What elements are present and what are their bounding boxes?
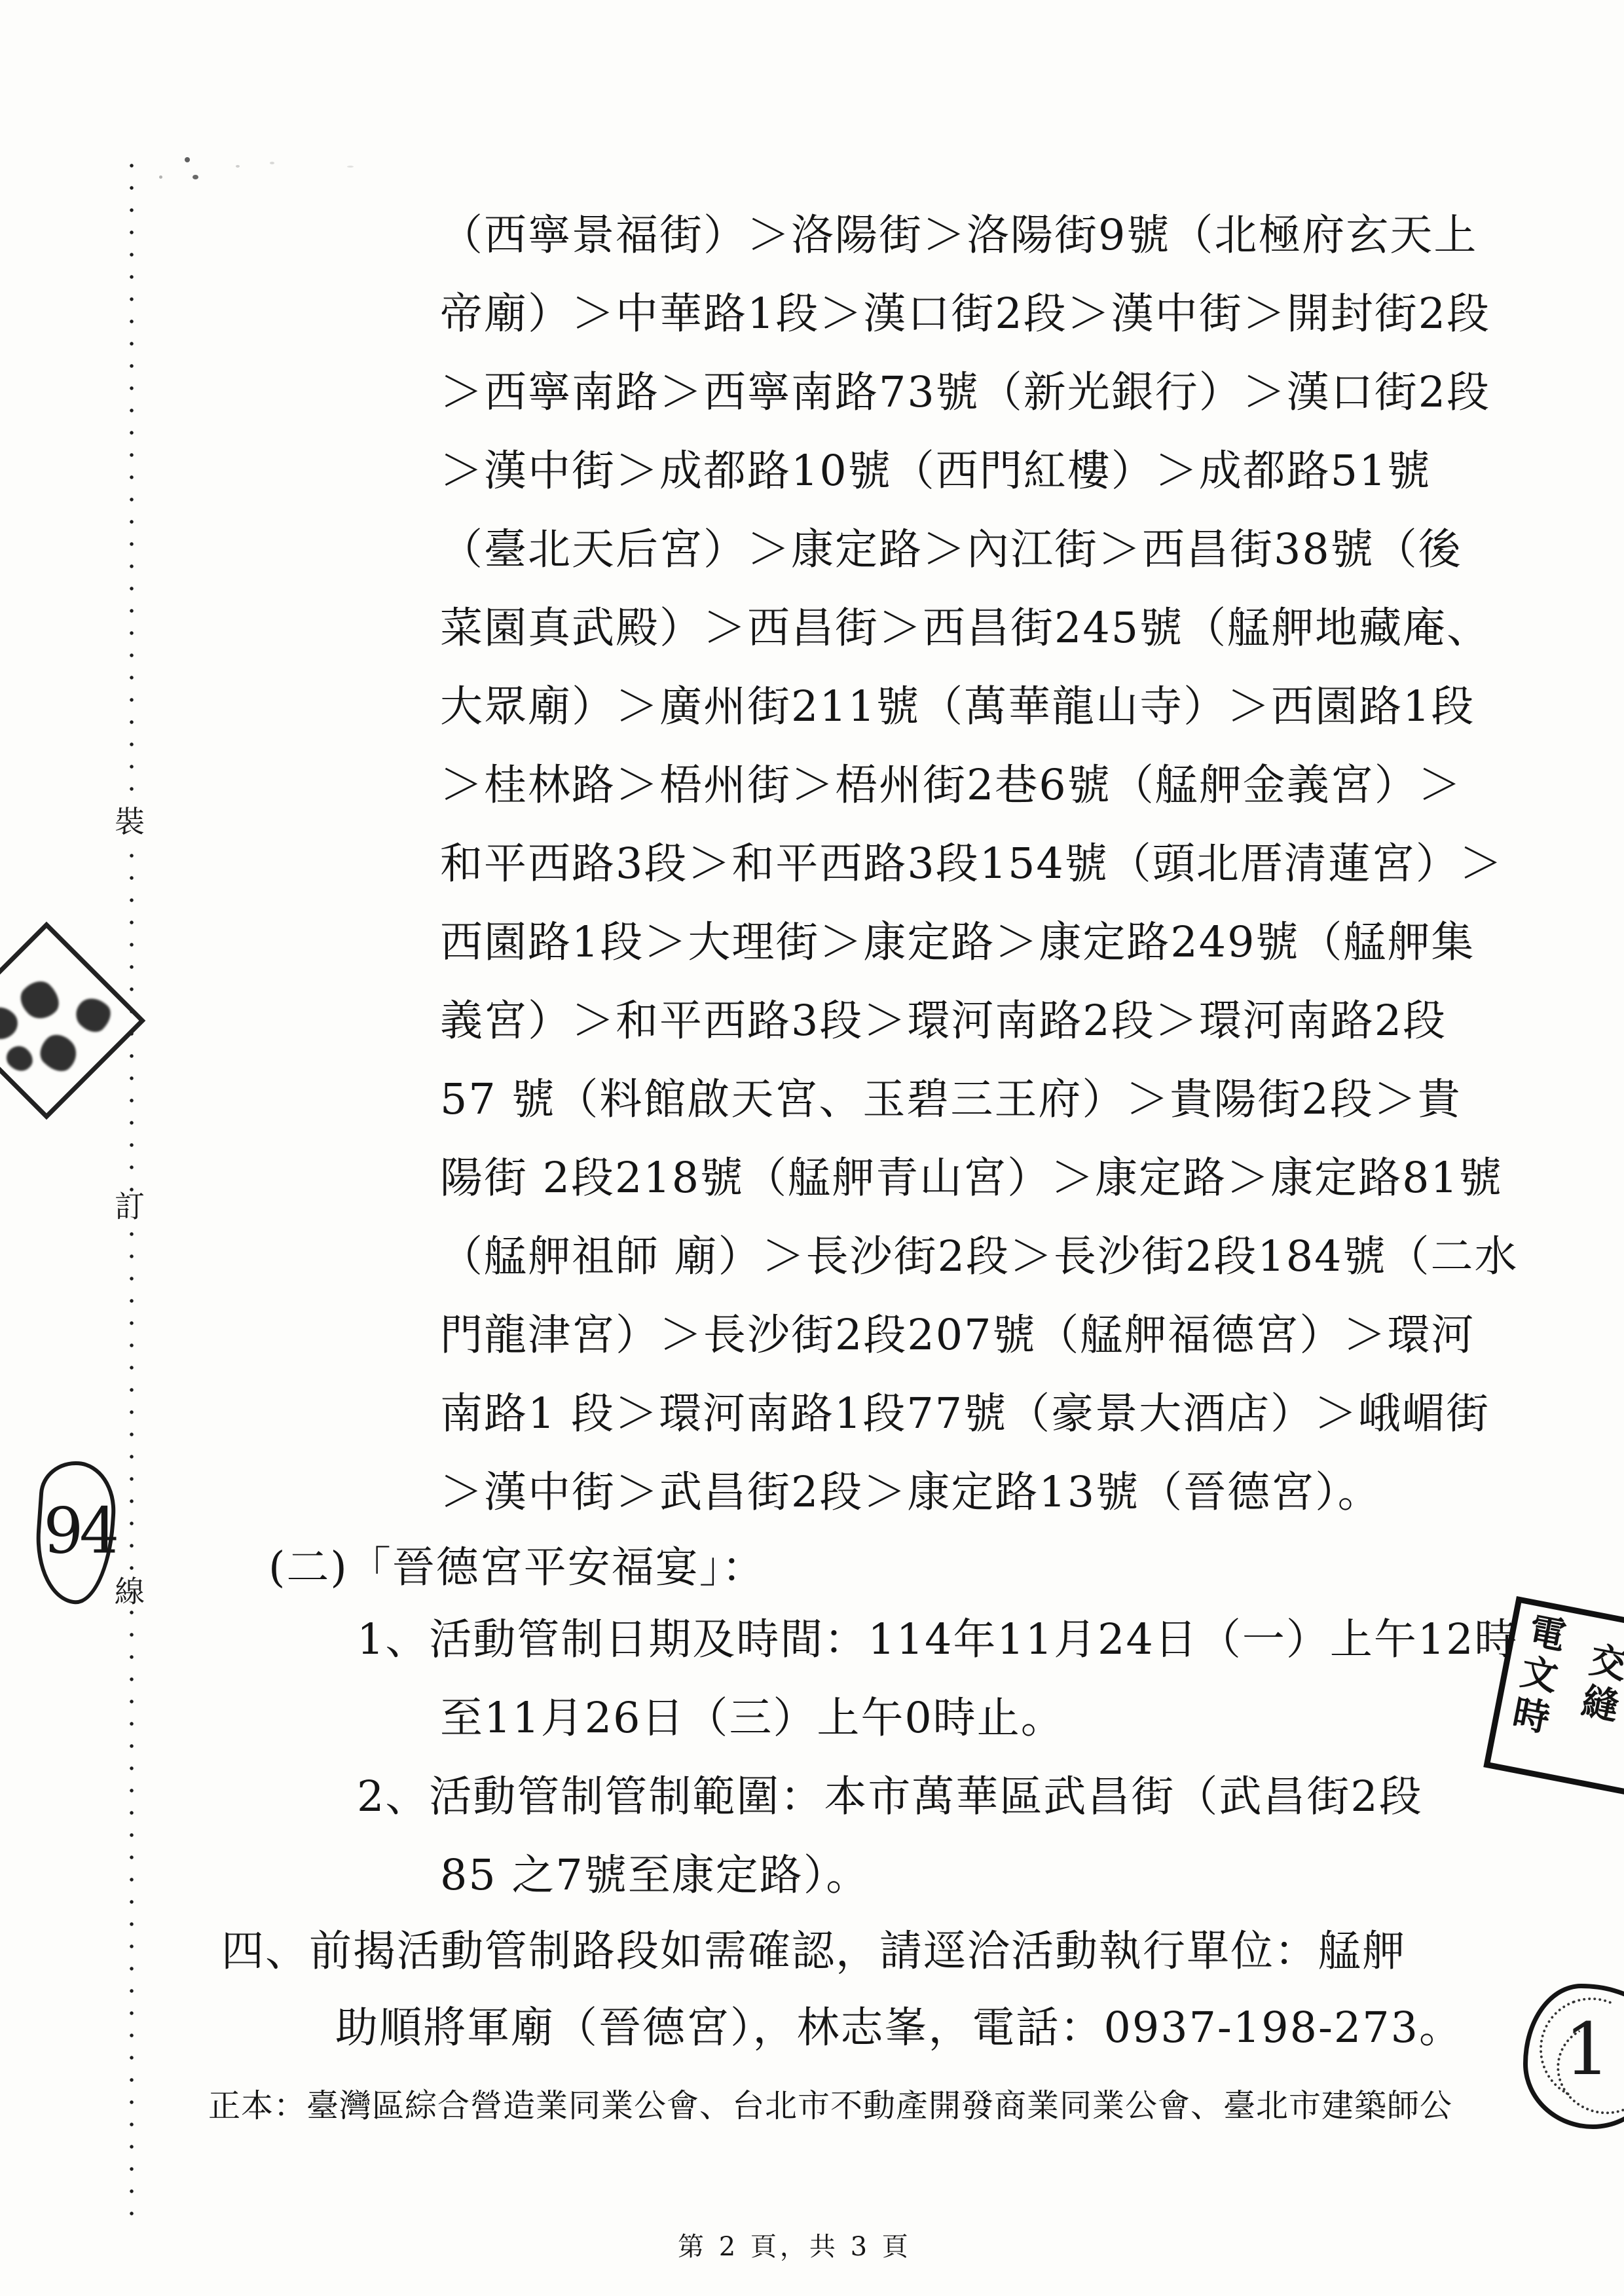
stamp-glyph-blob [33, 1028, 83, 1078]
binding-label-zhuang: 裝 [110, 807, 149, 837]
section-2-heading: (二)「晉德宮平安福宴」： [268, 1546, 766, 1589]
route-line: （西寧景福街）＞洛陽街＞洛陽街9號（北極府玄天上 [440, 214, 1477, 257]
route-line: ＞漢中街＞成都路10號（西門紅樓）＞成都路51號 [440, 450, 1431, 492]
section-4-line-2: 助順將軍廟（晉德宮），林志峯，電話：0937-198-273。 [335, 2007, 1463, 2049]
binding-label-xian: 線 [110, 1576, 149, 1607]
route-line: 門龍津宮）＞長沙街2段207號（艋舺福德宮）＞環河 [440, 1314, 1475, 1357]
section-2-item-2-line-1: 2、活動管制管制範圍：本市萬華區武昌街（武昌街2段 [357, 1776, 1423, 1818]
route-line: 西園路1段＞大理街＞康定路＞康定路249號（艋舺集 [440, 921, 1475, 964]
scan-speck [159, 175, 162, 179]
scan-speck [236, 165, 240, 168]
binding-dotted-line [130, 155, 134, 2217]
route-line: 菜園真武殿）＞西昌街＞西昌街245號（艋舺地藏庵、 [440, 607, 1490, 649]
section-4-line-1: 四、前揭活動管制路段如需確認，請逕洽活動執行單位：艋舺 [221, 1930, 1406, 1973]
exchange-stamp-text: 電文時 [1507, 1610, 1567, 1740]
section-2-item-2-line-2: 85 之7號至康定路）。 [440, 1854, 870, 1897]
section-2-item-1-line-1: 1、活動管制日期及時間：114年11月24日（一）上午12時 [357, 1618, 1519, 1661]
scan-speck [193, 175, 198, 179]
stamp-glyph-blob [2, 1041, 37, 1076]
route-line: 義宮）＞和平西路3段＞環河南路2段＞環河南路2段 [440, 1000, 1447, 1042]
scalloped-seal-icon: 1 [1523, 1984, 1624, 2129]
binding-label-ding: 訂 [110, 1192, 149, 1222]
handwritten-94-mark: 94 [32, 1459, 119, 1607]
seal-number: 1 [1564, 2013, 1610, 2085]
route-line: （臺北天后宮）＞康定路＞內江街＞西昌街38號（後 [440, 528, 1462, 571]
stamp-glyph-blob [69, 991, 117, 1038]
route-line: ＞西寧南路＞西寧南路73號（新光銀行）＞漢口街2段 [440, 371, 1490, 414]
recipients-line: 正本：臺灣區綜合營造業同業公會、台北市不動產開發商業同業公會、臺北市建築師公 [208, 2090, 1452, 2122]
document-page: 裝 訂 線 94 （西寧景福街）＞洛陽街＞洛陽街9號（北極府玄天上 帝廟）＞中華… [0, 0, 1624, 2296]
route-line: 和平西路3段＞和平西路3段154號（頭北厝清蓮宮）＞ [440, 843, 1504, 885]
stamp-glyph-blob [0, 1000, 24, 1046]
route-line: 57 號（料館啟天宮、玉碧三王府）＞貴陽街2段＞貴 [440, 1078, 1462, 1121]
route-line: 南路1 段＞環河南路1段77號（豪景大酒店）＞峨嵋街 [440, 1393, 1490, 1435]
exchange-stamp-text: 交縫 [1576, 1639, 1624, 1728]
scan-speck [185, 157, 190, 162]
stamp-glyph-blob [14, 974, 66, 1026]
scan-speck [347, 166, 354, 168]
handwritten-number: 94 [43, 1499, 115, 1562]
route-line: 大眾廟）＞廣州街211號（萬華龍山寺）＞西園路1段 [440, 685, 1475, 728]
route-line: ＞漢中街＞武昌街2段＞康定路13號（晉德宮）。 [440, 1471, 1382, 1514]
route-line: ＞桂林路＞梧州街＞梧州街2巷6號（艋舺金義宮）＞ [440, 764, 1462, 807]
section-2-item-1-line-2: 至11月26日（三）上午0時止。 [440, 1697, 1065, 1740]
page-footer: 第 2 頁，共 3 頁 [678, 2234, 912, 2260]
seam-stamp-icon [0, 922, 145, 1120]
route-line: 陽街 2段218號（艋舺青山宮）＞康定路＞康定路81號 [440, 1157, 1503, 1199]
route-line: 帝廟）＞中華路1段＞漢口街2段＞漢中街＞開封街2段 [440, 293, 1490, 335]
scan-speck [270, 162, 274, 164]
route-line: （艋舺祖師 廟）＞長沙街2段＞長沙街2段184號（二水 [440, 1235, 1518, 1278]
